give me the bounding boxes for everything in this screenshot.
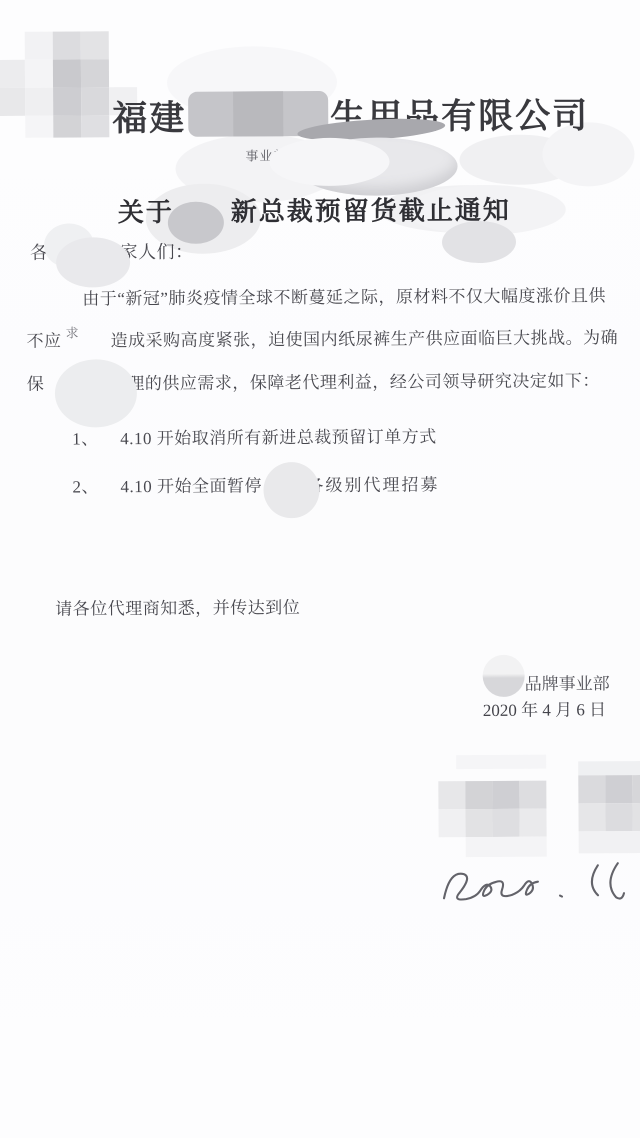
paragraph-line-2-pre: 不应 [27, 327, 62, 352]
censor-circle-signoff [483, 655, 525, 697]
censor-blob [442, 221, 516, 263]
censor-mosaic-bottom-right [0, 0, 637, 2]
signoff-department: 品牌事业部 [525, 669, 610, 695]
mosaic-cell [81, 115, 109, 137]
mosaic-cell [605, 775, 632, 803]
paragraph-line-3-post: 代理的供应需求，保障老代理利益，经公司领导研究决定如下： [110, 366, 600, 394]
mosaic-cell [53, 87, 81, 115]
mosaic-cell [465, 809, 492, 837]
item-1-text: 4.10 开始取消所有新进总裁预留订单方式 [120, 422, 437, 449]
item-1-number: 1、 [72, 424, 99, 449]
signoff-date: 2020 年 4 月 6 日 [483, 695, 606, 721]
item-2-text-pre: 4.10 开始全面暂停 [120, 471, 262, 497]
mosaic-cell [25, 88, 53, 116]
mosaic-cell [81, 87, 109, 115]
company-name-prefix: 福建 [112, 91, 186, 141]
scanned-sheet: 福建 生用品有限公司 事业部 关于 新总裁预留货截止通知 各 的家人们： 由于“… [0, 0, 640, 1138]
mosaic-cell [578, 761, 640, 775]
mosaic-cell [492, 781, 519, 809]
mosaic-cell [0, 88, 25, 116]
censor-mosaic-top-left [0, 0, 637, 2]
mosaic-cell [53, 31, 81, 59]
censor-blob-line3 [55, 359, 137, 427]
mosaic-cell [465, 781, 492, 809]
mosaic-cell [456, 755, 546, 770]
mosaic-cell [25, 60, 53, 88]
mosaic-cell [53, 115, 81, 137]
paragraph-line-2-post: 造成采购高度紧张，迫使国内纸尿裤生产供应面临巨大挑战。为确 [111, 323, 619, 351]
mosaic-cell [519, 809, 546, 837]
mosaic-cell [578, 775, 605, 803]
mosaic-cell [632, 775, 640, 803]
mosaic-cell [25, 116, 53, 138]
handwritten-date-script [432, 843, 640, 914]
mosaic-cell [519, 781, 546, 809]
mosaic-cell [578, 803, 605, 831]
mosaic-cell [233, 91, 283, 136]
notice-title-prefix: 关于 [118, 192, 174, 229]
mosaic-cell [438, 781, 465, 809]
mosaic-cell [0, 60, 25, 88]
document-page: 福建 生用品有限公司 事业部 关于 新总裁预留货截止通知 各 的家人们： 由于“… [0, 0, 640, 1138]
item-2-number: 2、 [72, 472, 99, 497]
mosaic-cell [605, 803, 632, 831]
closing-line: 请各位代理商知悉，并传达到位 [55, 593, 300, 619]
mosaic-cell [81, 31, 109, 59]
censor-mosaic-bottom-left [0, 0, 637, 2]
mosaic-cell [25, 32, 53, 60]
mosaic-cell [53, 59, 81, 87]
paragraph-line-2-faded-char: 求 [65, 322, 78, 341]
censor-blob [56, 237, 130, 287]
mosaic-cell [492, 809, 519, 837]
censor-blob-item2 [263, 462, 319, 518]
mosaic-cell [438, 809, 465, 837]
mosaic-cell [81, 59, 109, 87]
paragraph-line-3-pre: 保 [27, 370, 45, 395]
mosaic-cell [632, 803, 640, 831]
paragraph-line-1: 由于“新冠”肺炎疫情全球不断蔓延之际，原材料不仅大幅度涨价且供 [82, 281, 606, 309]
item-2-text-post: 各级别代理招募 [306, 470, 439, 496]
